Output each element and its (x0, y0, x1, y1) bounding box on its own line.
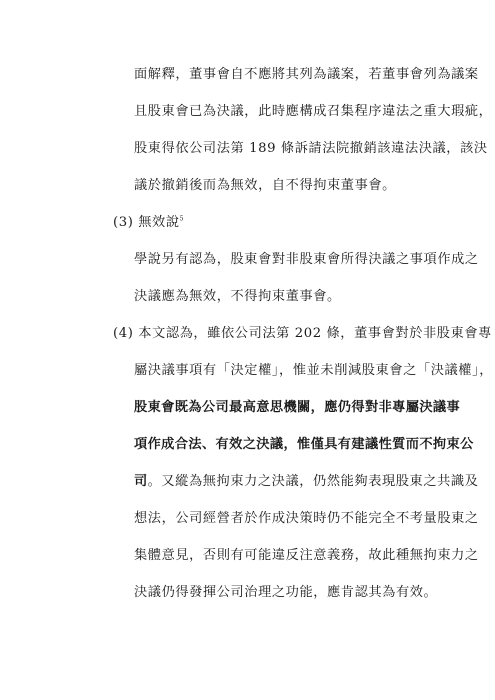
bold-fragment: 司 (134, 474, 148, 489)
body-line: 司。又縱為無拘束力之決議，仍然能夠表現股東之共識及 (134, 474, 479, 490)
body-line: 決議仍得發揮公司治理之功能，應肯認其為有效。 (134, 585, 437, 601)
body-line: 集體意見，否則有可能違反注意義務，故此種無拘束力之 (134, 548, 479, 564)
body-line: 股東得依公司法第 189 條訴請法院撤銷該違法決議，該決 (134, 141, 488, 157)
body-line: 議於撤銷後而為無效，自不得拘束董事會。 (134, 178, 396, 194)
body-line-bold: 項作成合法、有效之決議，惟僅具有建議性質而不拘束公 (134, 437, 474, 453)
subheading-invalid-theory: (3) 無效說5 (113, 215, 184, 231)
subheading-text: (3) 無效說 (113, 215, 180, 230)
body-line: 屬決議事項有「決定權」，惟並未削減股東會之「決議權」， (134, 363, 493, 379)
body-line: 且股東會已為決議，此時應構成召集程序違法之重大瑕疵， (134, 104, 492, 120)
body-line: 決議應為無效，不得拘束董事會。 (134, 289, 341, 305)
footnote-ref: 5 (180, 216, 184, 223)
body-line: 學說另有認為，股東會對非股東會所得決議之事項作成之 (134, 252, 479, 268)
body-fragment: 。又縱為無拘束力之決議，仍然能夠表現股東之共識及 (148, 474, 479, 489)
body-line-bold: 股東會既為公司最高意思機關，應仍得對非專屬決議事 (134, 400, 460, 416)
body-line: (4) 本文認為，雖依公司法第 202 條，董事會對於非股東會專 (113, 326, 492, 342)
body-line: 面解釋，董事會自不應將其列為議案，若董事會列為議案 (134, 67, 479, 83)
body-line: 想法，公司經營者於作成決策時仍不能完全不考量股東之 (134, 511, 479, 527)
